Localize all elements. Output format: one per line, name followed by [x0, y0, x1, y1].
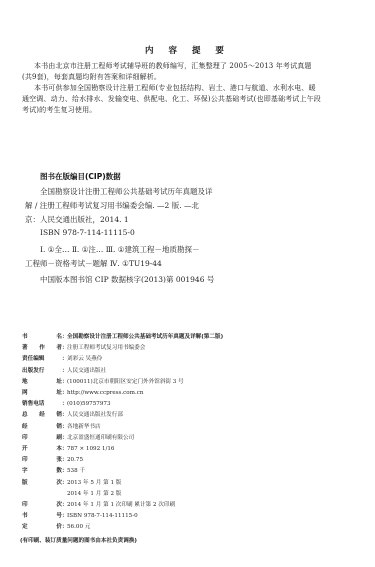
copyright-row: 开本：787 × 1092 1/16 — [22, 445, 115, 453]
copyright-row-label: 书名 — [22, 333, 62, 341]
copyright-row: 销售电话：(010)59757973 — [22, 400, 111, 408]
label-char: 作 — [39, 344, 45, 352]
cip-isbn: ISBN 978-7-114-11115-0 — [40, 228, 135, 238]
copyright-row-label: 印刷 — [22, 434, 62, 442]
copyright-row-value: ISBN 978-7-114-11115-0 — [67, 512, 138, 520]
cip-classification-line-1: Ⅰ. ①全… Ⅱ. ①注… Ⅲ. ①建筑工程－地质勘探－ — [40, 245, 200, 255]
copyright-row: 印刷：北京盈盛恒通印刷有限公司 — [22, 434, 134, 442]
summary-paragraph-2-line-1: 本书可供参加全国勘察设计注册工程师(专业包括结构、岩土、港口与航道、水利水电、暖 — [34, 84, 316, 93]
cip-classification-line-2: 工程师－资格考试－题解 Ⅳ. ①TU19-44 — [25, 259, 162, 269]
label-char: 著 — [22, 344, 28, 352]
copyright-row-value: 2014 年 1 月 第 1 次印刷 累计第 2 次印刷 — [67, 501, 175, 509]
copyright-row-label: 责任编辑 — [22, 355, 62, 363]
label-char: 书 — [22, 512, 28, 520]
copyright-row-value: 人民交通出版社 — [67, 367, 106, 375]
label-char: 地 — [22, 378, 28, 386]
label-char: 责任编辑 — [22, 355, 44, 363]
copyright-row-label: 书号 — [22, 512, 62, 520]
summary-paragraph-2-line-3: 考试)的考生复习使用。 — [22, 106, 96, 115]
copyright-row: 印次：2014 年 1 月 第 1 次印刷 累计第 2 次印刷 — [22, 501, 175, 509]
label-char: 经 — [39, 411, 45, 419]
copyright-row: 印张：20.75 — [22, 456, 83, 464]
copyright-row-value: 20.75 — [67, 456, 83, 464]
copyright-row-label: 版次 — [22, 479, 62, 487]
label-char: 印 — [22, 434, 28, 442]
copyright-row-label: 著作者 — [22, 344, 62, 352]
label-char: 版 — [22, 479, 28, 487]
copyright-row-value: (100011)北京市朝阳区安定门外外馆斜街 3 号 — [67, 378, 184, 386]
cip-title-line-1: 全国勘察设计注册工程师公共基础考试历年真题及详 — [40, 187, 213, 197]
copyright-row-value: 刘彩云 吴燕伶 — [67, 355, 102, 363]
label-char: 网 — [22, 389, 28, 397]
copyright-row: 网址：http://www.ccpress.com.cn — [22, 389, 143, 397]
cip-title-line-2: 解 / 注册工程师考试复习用书编委会编. —2 版. —北 — [25, 201, 199, 211]
copyright-row-label: 开本 — [22, 445, 62, 453]
copyright-row-label: 印次 — [22, 501, 62, 509]
copyright-row-value: 2013 年 5 月 第 1 版 — [67, 479, 121, 487]
copyright-row: 地址：(100011)北京市朝阳区安定门外外馆斜街 3 号 — [22, 378, 184, 386]
copyright-row-label — [22, 490, 62, 498]
copyright-row-value: 56.00 元 — [67, 523, 90, 531]
cip-publisher-line: 京：人民交通出版社，2014. 1 — [25, 215, 129, 225]
copyright-row: 定价：56.00 元 — [22, 523, 90, 531]
cip-heading: 图书在版编目(CIP)数据 — [40, 171, 121, 182]
copyright-row: 出版发行：人民交通出版社 — [22, 367, 106, 375]
copyright-row-label: 定价 — [22, 523, 62, 531]
copyright-row: 书号：ISBN 978-7-114-11115-0 — [22, 512, 138, 520]
label-char: 定 — [22, 523, 28, 531]
copyright-row-value: (010)59757973 — [67, 400, 111, 408]
copyright-row-label: 总经销 — [22, 411, 62, 419]
summary-title: 内 容 提 要 — [0, 44, 375, 56]
copyright-row: 著作者：注册工程师考试复习用书编委会 — [22, 344, 145, 352]
copyright-row: 书名：全国勘察设计注册工程师公共基础考试历年真题及详解(第二版) — [22, 333, 223, 341]
label-char: 出版发行 — [22, 367, 44, 375]
copyright-row-label: 销售电话 — [22, 400, 62, 408]
copyright-row-label: 经销 — [22, 423, 62, 431]
summary-paragraph-1-line-2: (共9套)，每套真题均附有答案和详细解析。 — [22, 73, 161, 82]
summary-paragraph-1-line-1: 本书由北京市注册工程师考试辅导班的教师编写，汇集整理了 2005～2013 年考… — [34, 62, 312, 71]
copyright-row-label: 印张 — [22, 456, 62, 464]
copyright-row-label: 地址 — [22, 378, 62, 386]
label-char: 字 — [22, 467, 28, 475]
copyright-row: 版次：2013 年 5 月 第 1 版 — [22, 479, 121, 487]
copyright-row-value: 注册工程师考试复习用书编委会 — [67, 344, 145, 352]
copyright-row-value: 人民交通出版社发行部 — [67, 411, 123, 419]
copyright-row: 经销：各地新华书店 — [22, 423, 101, 431]
copyright-row-value: 各地新华书店 — [67, 423, 101, 431]
label-char: 总 — [22, 411, 28, 419]
label-char: 书 — [22, 333, 28, 341]
copyright-row-label: 字数 — [22, 467, 62, 475]
label-char: 经 — [22, 423, 28, 431]
label-char: 印 — [22, 456, 28, 464]
copyright-row-value: 2014 年 1 月 第 2 版 — [67, 490, 121, 498]
label-char: 开 — [22, 445, 28, 453]
copyright-row-label: 网址 — [22, 389, 62, 397]
copyright-row-value: http://www.ccpress.com.cn — [67, 389, 143, 397]
quality-note: (有印刷、装订质量问题的图书由本社负责调换) — [20, 536, 137, 544]
copyright-row-label: 出版发行 — [22, 367, 62, 375]
label-char: 销售电话 — [22, 400, 44, 408]
summary-paragraph-2-line-2: 通空调、动力、给水排水、发输变电、供配电、化工、环保)公共基础考试(也即基础考试… — [22, 95, 321, 104]
copyright-row: 字数：538 千 — [22, 467, 85, 475]
copyright-row: 总经销：人民交通出版社发行部 — [22, 411, 123, 419]
copyright-row-value: 538 千 — [67, 467, 85, 475]
copyright-row: 责任编辑：刘彩云 吴燕伶 — [22, 355, 102, 363]
copyright-row-value: 北京盈盛恒通印刷有限公司 — [67, 434, 134, 442]
label-char: 印 — [22, 501, 28, 509]
cip-record-number: 中国版本图书馆 CIP 数据核字(2013)第 001946 号 — [40, 275, 214, 285]
copyright-row-value: 全国勘察设计注册工程师公共基础考试历年真题及详解(第二版) — [67, 333, 223, 341]
copyright-row: 2014 年 1 月 第 2 版 — [22, 490, 121, 498]
copyright-row-value: 787 × 1092 1/16 — [67, 445, 115, 453]
